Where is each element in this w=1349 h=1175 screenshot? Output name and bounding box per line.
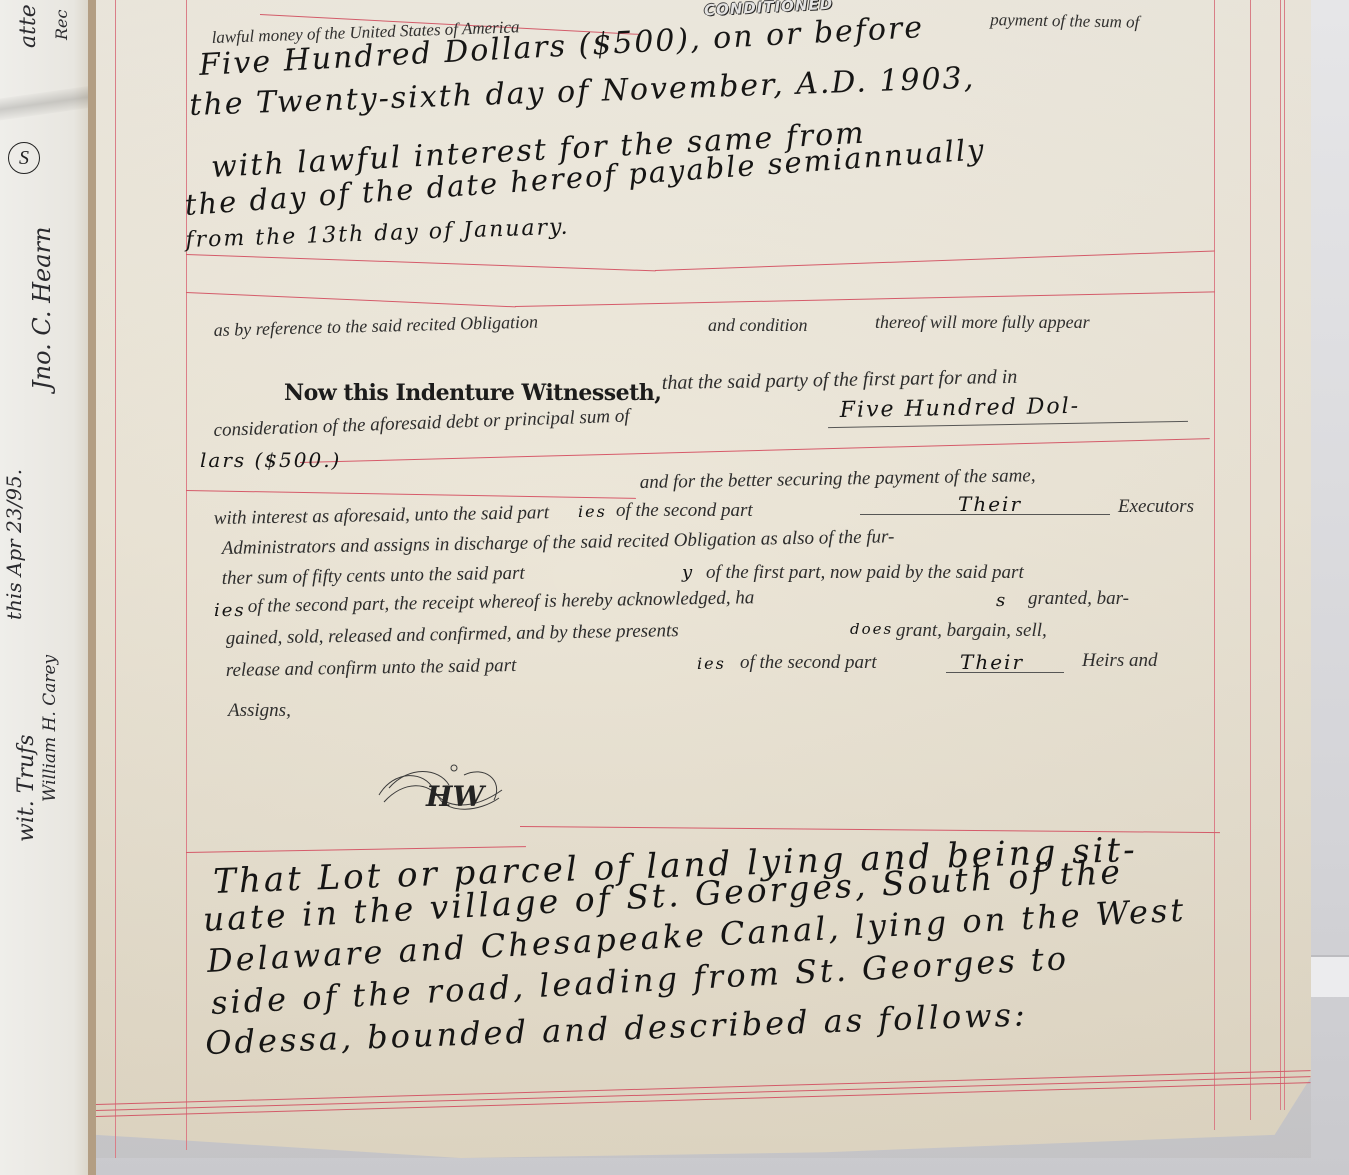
handwritten-y-2: y	[682, 562, 694, 583]
date-note: this Apr 23/95.	[2, 469, 26, 620]
ruling-right-3	[1280, 0, 1281, 1110]
handwritten-principal-a: Five Hundred Dol-	[840, 394, 1081, 423]
printed-gained-b: grant, bargain, sell,	[896, 620, 1047, 642]
handwritten-has-suffix: s	[996, 590, 1007, 611]
handwritten-principal-b: lars ($500.)	[200, 448, 341, 472]
svg-text:HW: HW	[425, 780, 486, 813]
recorder-signature: Jno. C. Hearn	[28, 227, 56, 391]
handwritten-ies-1: ies	[578, 502, 607, 521]
ruling-right-2	[1250, 0, 1251, 1120]
printed-release-b: of the second part	[740, 652, 877, 674]
margin-fragment: atte	[16, 4, 41, 48]
seal-mark: S	[8, 142, 40, 174]
handwritten-their-1: Their	[958, 492, 1022, 516]
background-shelf	[1305, 955, 1349, 997]
printed-receipt-b: granted, bar-	[1028, 588, 1129, 610]
ruling-right-4	[1284, 0, 1285, 1110]
ruling-right	[1214, 0, 1215, 1130]
ruling-left-2	[186, 0, 187, 1150]
handwritten-their-2: Their	[960, 650, 1024, 674]
witness-name: William H. Carey	[40, 655, 60, 802]
printed-reference-c: thereof will more fully appear	[875, 312, 1090, 333]
printed-interest-b: of the second part	[616, 500, 753, 522]
monogram-flourish-icon: HW	[374, 760, 508, 822]
printed-line-money-tail: payment of the sum of	[990, 10, 1140, 33]
printed-assigns: Assigns,	[228, 700, 291, 722]
printed-reference-b: and condition	[708, 315, 808, 336]
page-edge	[88, 0, 96, 1175]
ruling-left	[115, 0, 116, 1158]
printed-release-c: Heirs and	[1082, 650, 1157, 672]
blank-line	[860, 514, 1110, 515]
handwritten-ies-3: ies	[697, 654, 726, 673]
indenture-heading: Now this Indenture Witnesseth,	[284, 380, 661, 406]
handwritten-ies-2: ies	[214, 600, 246, 621]
margin-fragment-2: Rec	[52, 10, 71, 40]
witness-label: wit. Trufs	[14, 735, 39, 843]
handwritten-does: does	[850, 620, 893, 638]
printed-further-b: of the first part, now paid by the said …	[706, 562, 1024, 584]
blank-line	[946, 672, 1064, 673]
printed-interest-c: Executors	[1118, 496, 1194, 518]
